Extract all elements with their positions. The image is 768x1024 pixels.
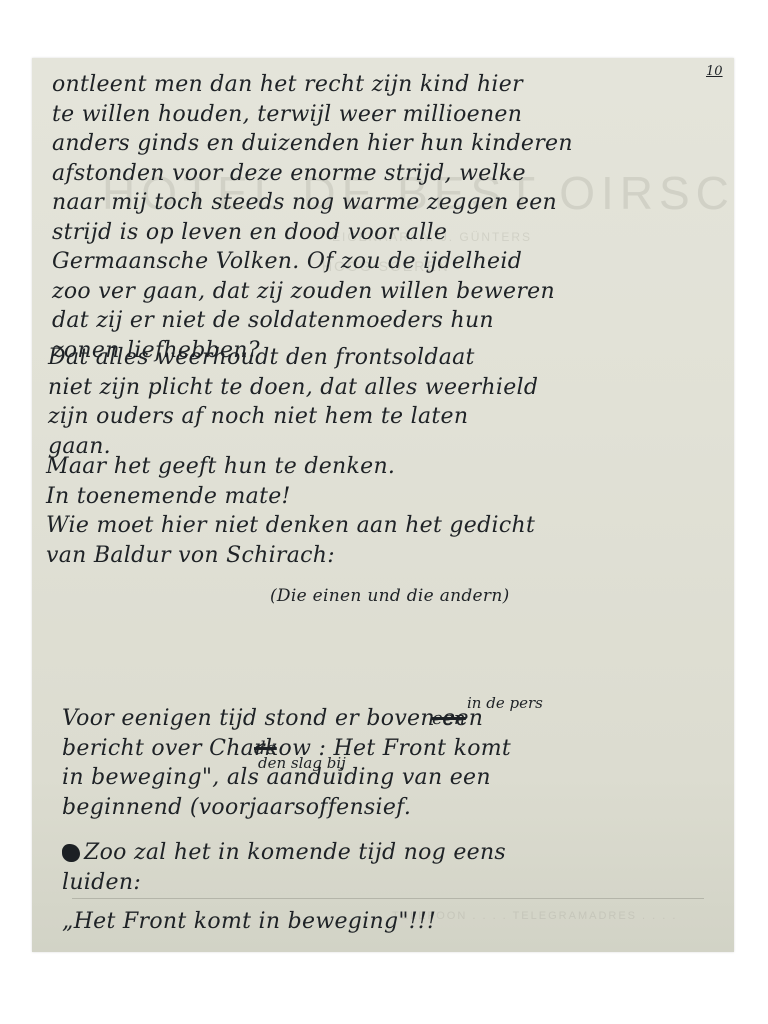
paragraph-2: Dat alles weerhoudt den frontsoldaat nie… [48, 343, 538, 461]
text-line: zijn ouders af noch niet hem te laten [48, 402, 538, 432]
poem-title: (Die einen und die andern) [270, 582, 510, 612]
insertion-den-slag-bij: den slag bij [258, 754, 346, 772]
text-line: Maar het geeft hun te denken. [46, 452, 535, 482]
text-line: dat zij er niet de soldatenmoeders hun [52, 306, 573, 336]
text-line: Wie moet hier niet denken aan het gedich… [46, 511, 535, 541]
text-line: beginnend (voorjaarsoffensief. [62, 793, 511, 823]
paragraph-5: Zoo zal het in komende tijd nog eens lui… [62, 838, 506, 937]
text-line: anders ginds en duizenden hier hun kinde… [52, 129, 573, 159]
text-line: ontleent men dan het recht zijn kind hie… [52, 70, 573, 100]
text-line: te willen houden, terwijl weer millioene… [52, 100, 573, 130]
text-line: Germaansche Volken. Of zou de ijdelheid [52, 247, 573, 277]
ink-blot-icon [62, 844, 80, 862]
text-line: „Het Front komt in beweging"!!! [62, 907, 506, 937]
text-line: afstonden voor deze enorme strijd, welke [52, 159, 573, 189]
page-number: 10 [706, 64, 723, 79]
text-line: Dat alles weerhoudt den frontsoldaat [48, 343, 538, 373]
text-line: luiden: [62, 868, 506, 898]
text-line: naar mij toch steeds nog warme zeggen ee… [52, 188, 573, 218]
struck-word-een: een [432, 704, 466, 734]
paragraph-1: ontleent men dan het recht zijn kind hie… [52, 70, 573, 365]
text-line: zoo ver gaan, dat zij zouden willen bewe… [52, 277, 573, 307]
text-line: niet zijn plicht te doen, dat alles weer… [48, 373, 538, 403]
paragraph-3: Maar het geeft hun te denken. In toeneme… [46, 452, 535, 570]
text-line-content: Zoo zal het in komende tijd nog eens [84, 840, 506, 865]
text-line: strijd is op leven en dood voor alle [52, 218, 573, 248]
text-line: Zoo zal het in komende tijd nog eens [62, 838, 506, 868]
text-line: In toenemende mate! [46, 482, 535, 512]
text-line: van Baldur von Schirach: [46, 541, 535, 571]
letter-page: HOTEL DE BEST OIRSCHOT EIGENAAR: A. J. G… [32, 58, 734, 952]
